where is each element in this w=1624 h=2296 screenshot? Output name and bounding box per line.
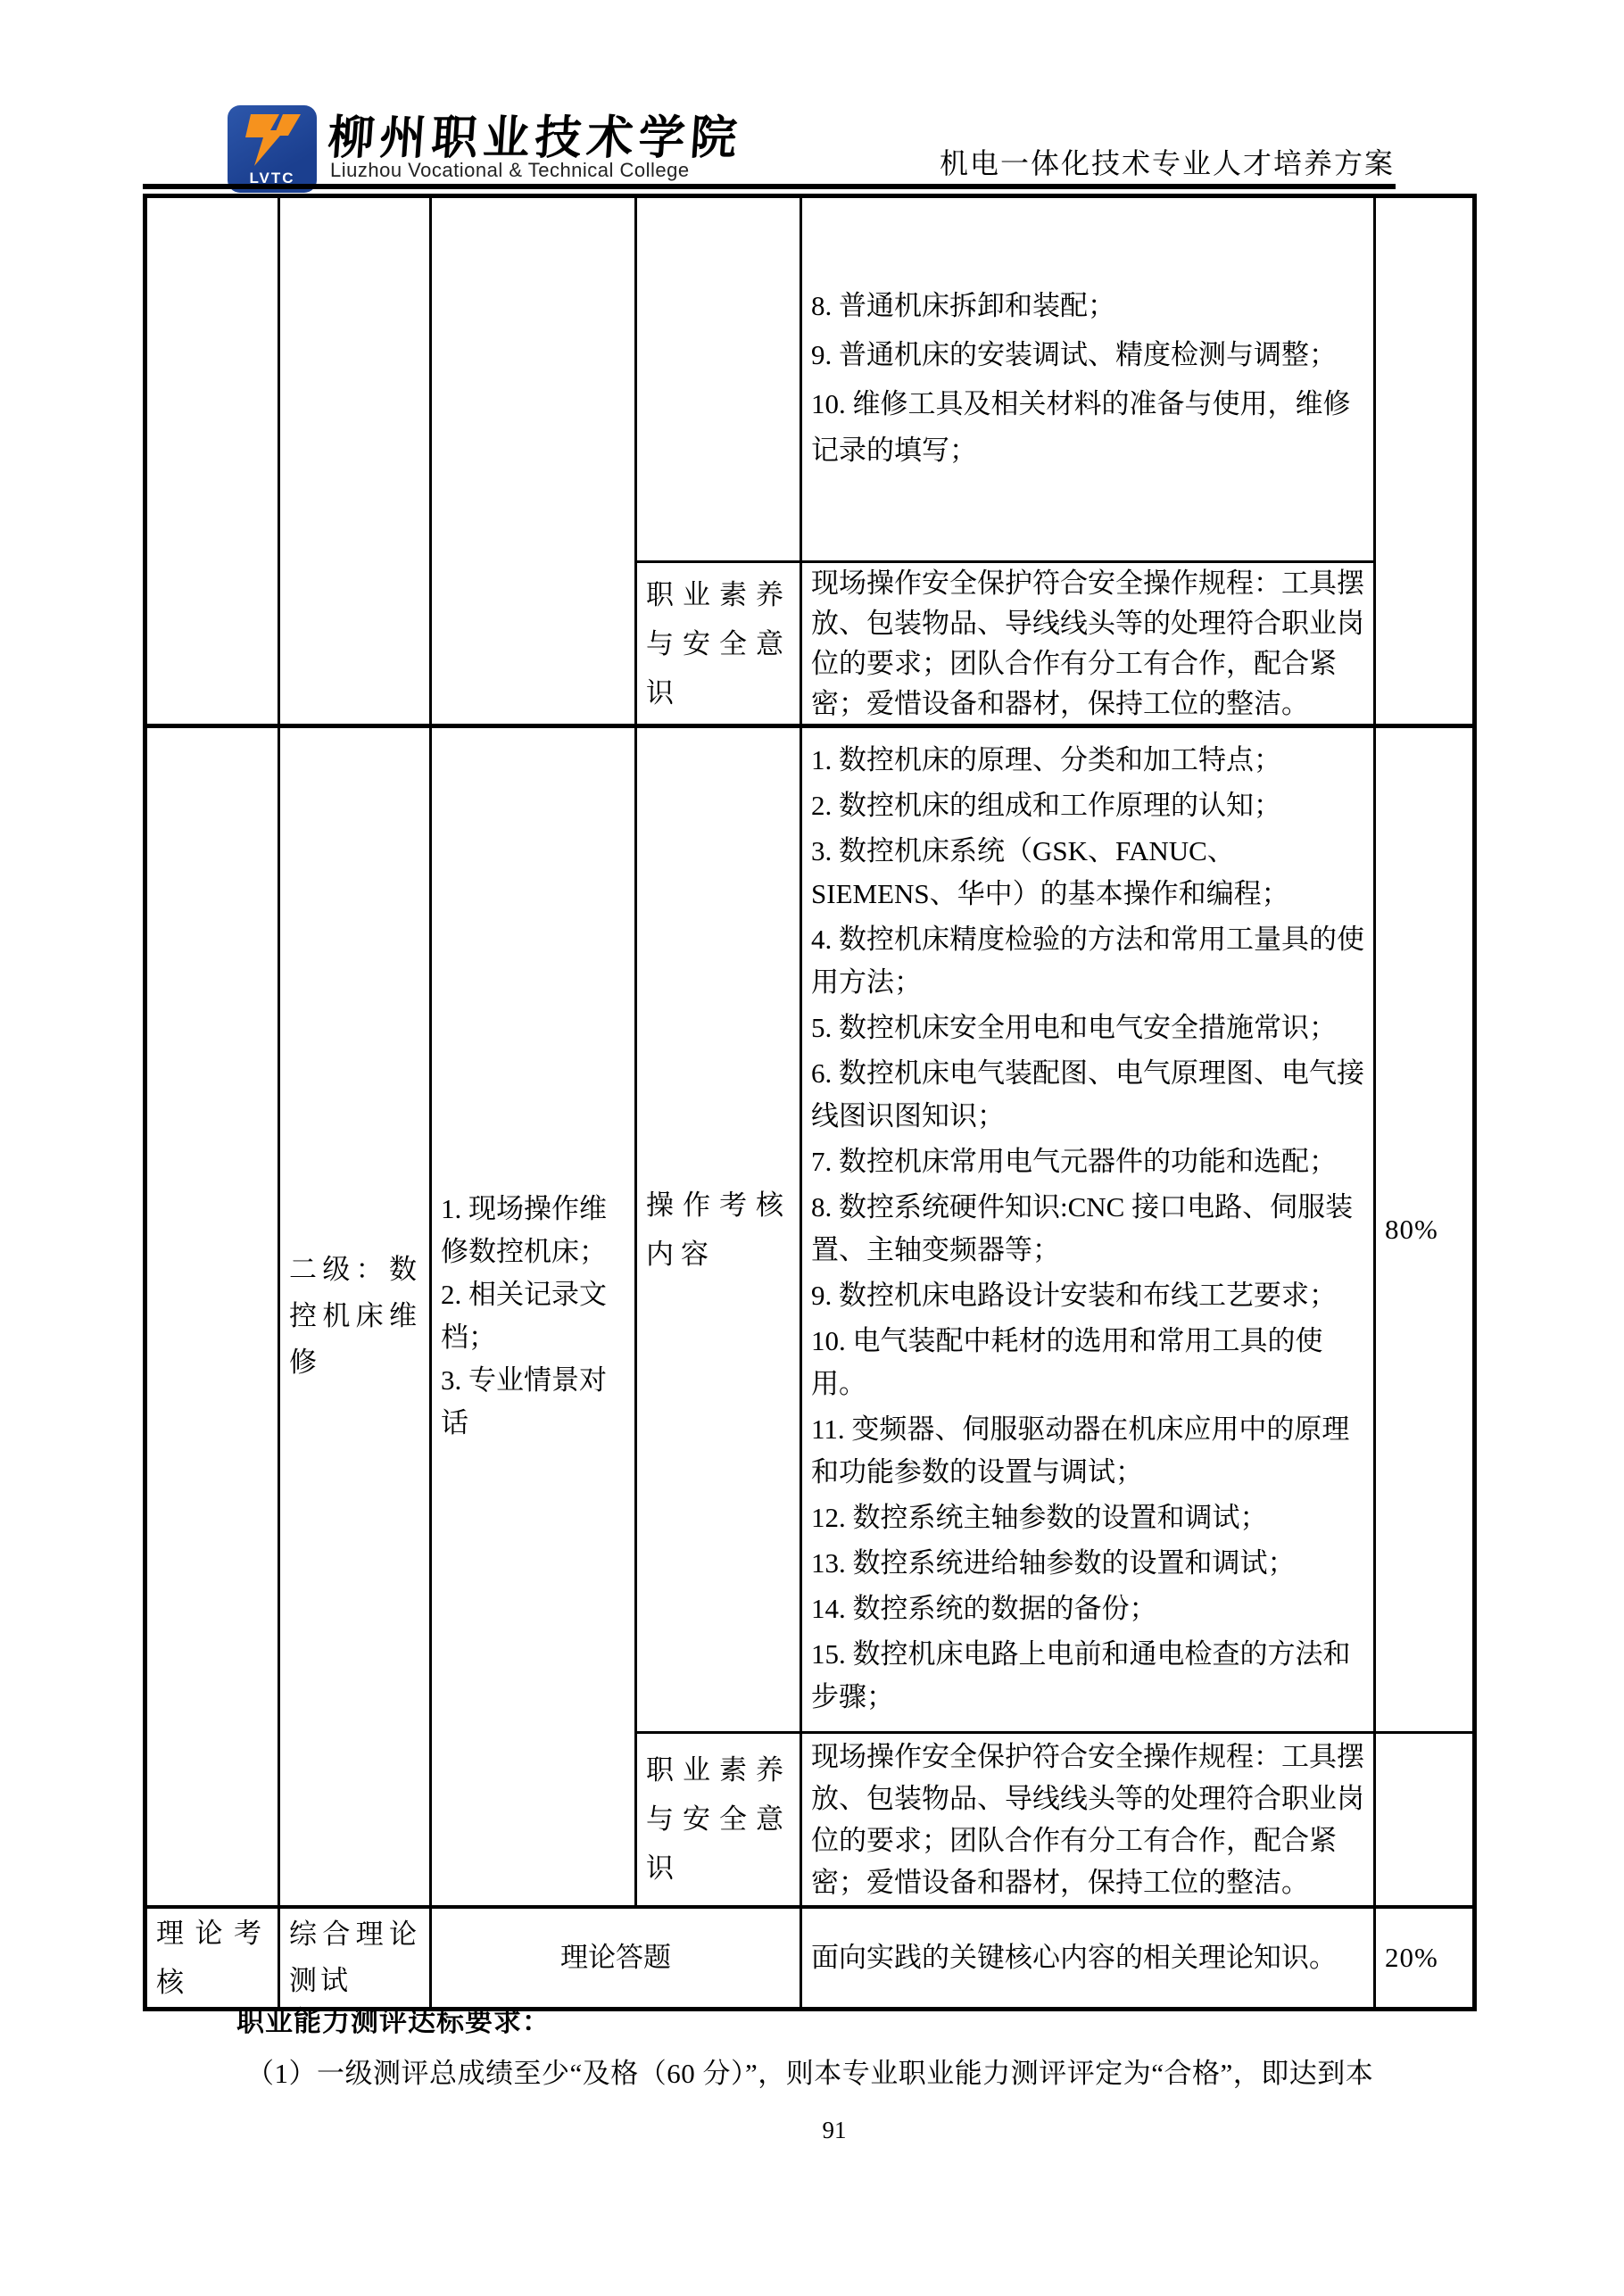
assessment-table: 8. 普通机床拆卸和装配；9. 普通机床的安装调试、精度检测与调整；10. 维修… bbox=[143, 194, 1477, 2011]
content-items-level2: 1. 数控机床的原理、分类和加工特点；2. 数控机床的组成和工作原理的认知；3.… bbox=[801, 726, 1375, 1733]
page-number: 91 bbox=[808, 2117, 861, 2144]
content-label-level2: 操作考核内容 bbox=[636, 726, 801, 1733]
theory-type-label: 理论考核 bbox=[145, 1907, 279, 2010]
weight-theory: 20% bbox=[1375, 1907, 1475, 2010]
exam-type-cell-practical bbox=[145, 726, 279, 1907]
theory-content-text: 面向实践的关键核心内容的相关理论知识。 bbox=[801, 1907, 1375, 2010]
level-cell-continued bbox=[279, 196, 431, 726]
task-cell-continued bbox=[431, 196, 636, 726]
header-rule bbox=[143, 184, 1396, 189]
quality-label-level1: 职业素养与安全意识 bbox=[636, 562, 801, 726]
school-name-en: Liuzhou Vocational & Technical College bbox=[330, 159, 690, 182]
weight-cell-empty bbox=[1375, 1733, 1475, 1907]
operation-items-level1: 8. 普通机床拆卸和装配；9. 普通机床的安装调试、精度检测与调整；10. 维修… bbox=[801, 196, 1375, 562]
lightning-icon bbox=[244, 114, 301, 166]
weight-level2: 80% bbox=[1375, 726, 1475, 1733]
table-row: 8. 普通机床拆卸和装配；9. 普通机床的安装调试、精度检测与调整；10. 维修… bbox=[145, 196, 1475, 562]
document-page: LVTC 柳州职业技术学院 Liuzhou Vocational & Techn… bbox=[0, 0, 1624, 2296]
quality-text-level2: 现场操作安全保护符合安全操作规程：工具摆放、包装物品、导线线头等的处理符合职业岗… bbox=[801, 1733, 1375, 1907]
level2-label: 二级：数控机床维修 bbox=[279, 726, 431, 1907]
quality-label-level2: 职业素养与安全意识 bbox=[636, 1733, 801, 1907]
table-row: 二级：数控机床维修 1. 现场操作维修数控机床；2. 相关记录文档；3. 专业情… bbox=[145, 726, 1475, 1733]
table-row: 理论考核 综合理论测试 理论答题 面向实践的关键核心内容的相关理论知识。 20% bbox=[145, 1907, 1475, 2010]
theory-form-label: 理论答题 bbox=[431, 1907, 801, 2010]
school-name-zh: 柳州职业技术学院 bbox=[326, 100, 744, 167]
footnote-heading: 职业能力测评达标要求： bbox=[236, 1999, 551, 2039]
document-title: 机电一体化技术专业人才培养方案 bbox=[940, 141, 1395, 182]
theory-method-label: 综合理论测试 bbox=[279, 1907, 431, 2010]
footnote-item-1: （1）一级测评总成绩至少“及格（60 分）”，则本专业职业能力测评评定为“合格”… bbox=[246, 2051, 1433, 2091]
content-label-cell-continued bbox=[636, 196, 801, 562]
exam-type-cell-continued bbox=[145, 196, 279, 726]
weight-cell-continued bbox=[1375, 196, 1475, 726]
school-logo: LVTC bbox=[228, 105, 317, 193]
level2-task-list: 1. 现场操作维修数控机床；2. 相关记录文档；3. 专业情景对话 bbox=[431, 726, 636, 1907]
quality-text-level1: 现场操作安全保护符合安全操作规程：工具摆放、包装物品、导线线头等的处理符合职业岗… bbox=[801, 562, 1375, 726]
